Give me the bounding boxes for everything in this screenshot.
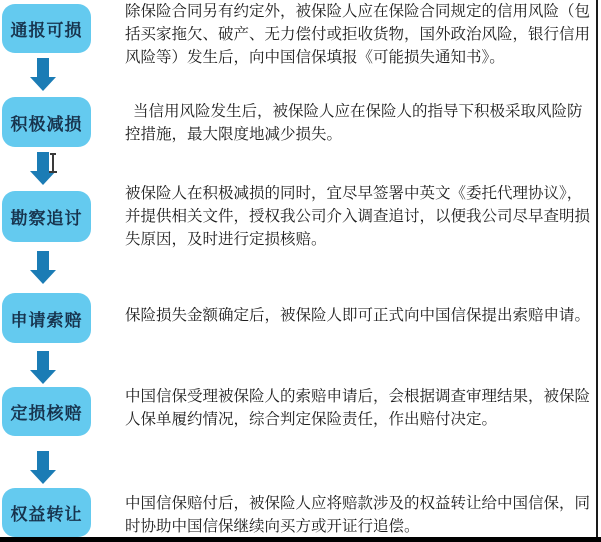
flow-step-box-actively-reduce-loss: 积极减损: [2, 97, 91, 147]
down-arrow-icon: [30, 451, 56, 484]
step-description-2: 当信用风险发生后，被保险人应在保险人的指导下积极采取风险防控措施，最大限度地减少…: [125, 100, 595, 146]
down-arrow-icon: [30, 58, 56, 91]
down-arrow-icon: [30, 351, 56, 384]
flow-step-box-transfer-rights: 权益转让: [2, 488, 91, 537]
step-label: 申请索赔: [11, 306, 83, 331]
flow-step-box-apply-claim: 申请索赔: [2, 293, 91, 343]
step-description-1: 除保险合同另有约定外，被保险人应在保险合同规定的信用风险（包括买家拖欠、破产、无…: [125, 0, 595, 69]
down-arrow-icon: [30, 251, 56, 284]
step-label: 权益转让: [11, 500, 83, 525]
step-description-3: 被保险人在积极减损的同时，宜尽早签署中英文《委托代理协议》，并提供相关文件，授权…: [125, 182, 595, 251]
frame-right-border: [596, 0, 598, 542]
claims-process-flowchart: 通报可损 积极减损 勘察追讨 申请索赔 定损核赔 权益转让 除保险合同另有约定外…: [0, 0, 601, 542]
flow-step-box-assess-pay: 定损核赔: [2, 387, 91, 436]
step-description-6: 中国信保赔付后，被保险人应将赔款涉及的权益转让给中国信保，同时协助中国信保继续向…: [125, 492, 595, 538]
step-label: 积极减损: [11, 110, 83, 135]
step-label: 勘察追讨: [11, 204, 83, 229]
step-label: 通报可损: [11, 16, 83, 41]
flow-step-box-investigate-recover: 勘察追讨: [2, 191, 91, 242]
step-description-5: 中国信保受理被保险人的索赔申请后，会根据调查审理结果，被保险人保单履约情况，综合…: [125, 385, 595, 431]
frame-bottom-border: [0, 537, 601, 542]
text-ibeam-cursor-icon: [48, 153, 58, 173]
step-description-4: 保险损失金额确定后，被保险人即可正式向中国信保提出索赔申请。: [125, 304, 595, 327]
step-label: 定损核赔: [11, 399, 83, 424]
flow-step-box-notify-possible-loss: 通报可损: [2, 4, 91, 53]
